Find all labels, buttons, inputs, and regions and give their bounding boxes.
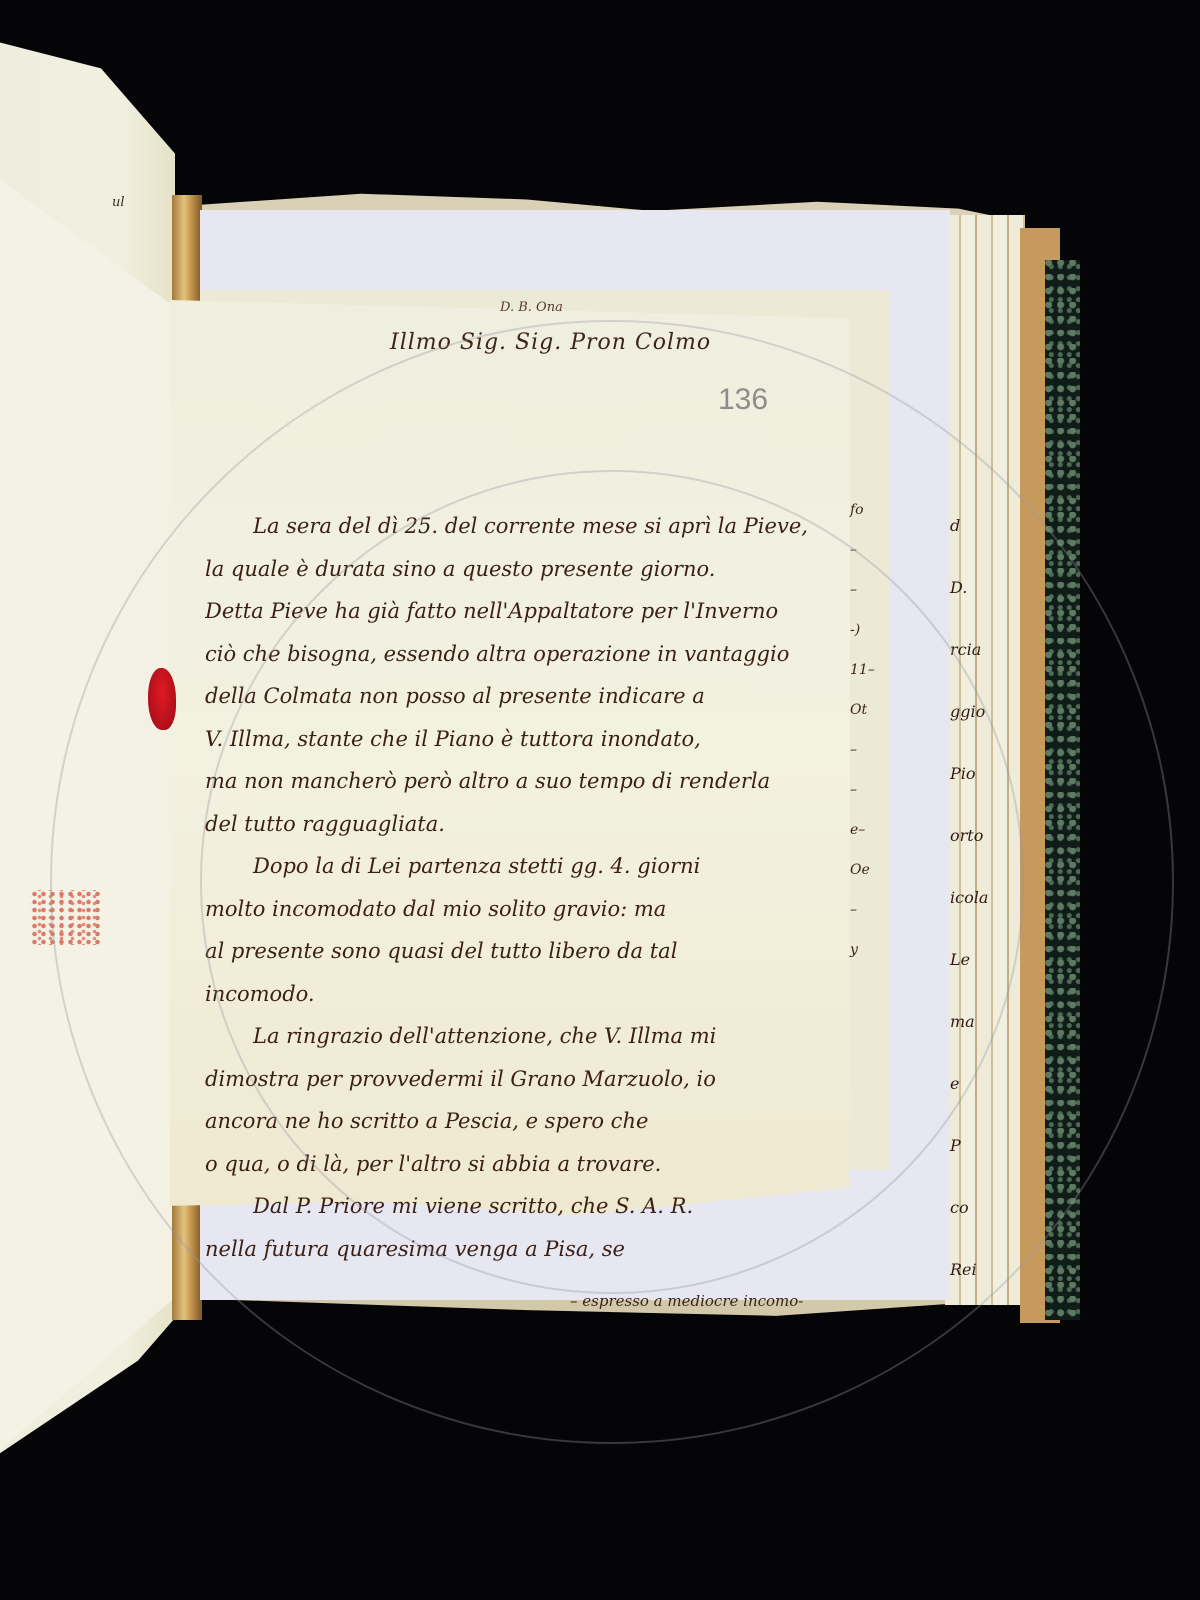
margin-fragment: Ot (850, 690, 880, 730)
right-fragment: rcia (950, 619, 1010, 681)
margin-fragment: – (850, 890, 880, 930)
body-line: dimostra per provvedermi il Grano Marzuo… (205, 1058, 845, 1101)
margin-fragment: y (850, 930, 880, 970)
body-line: molto incomodato dal mio solito gravio: … (205, 888, 845, 931)
folio-number: 136 (718, 383, 768, 417)
body-line: ma non mancherò però altro a suo tempo d… (205, 760, 845, 803)
margin-fragment: fo (850, 490, 880, 530)
margin-fragment: 11– (850, 650, 880, 690)
right-fragment: P (950, 1115, 1010, 1177)
red-ink-speckles (30, 890, 100, 945)
margin-fragment: – (850, 570, 880, 610)
bottom-fragment: – espresso a mediocre incomo- (570, 1292, 803, 1310)
letter-body: La sera del dì 25. del corrente mese si … (205, 505, 845, 1270)
left-page-marks: ul (112, 195, 125, 210)
body-line: Detta Pieve ha già fatto nell'Appaltator… (205, 590, 845, 633)
left-page-fold (0, 180, 175, 1450)
body-line: La ringrazio dell'attenzione, che V. Ill… (205, 1015, 845, 1058)
body-line: V. Illma, stante che il Piano è tuttora … (205, 718, 845, 761)
right-fragment: e (950, 1053, 1010, 1115)
margin-fragment: -) (850, 610, 880, 650)
body-line: del tutto ragguagliata. (205, 803, 845, 846)
right-fragment: ggio (950, 681, 1010, 743)
body-line: o qua, o di là, per l'altro si abbia a t… (205, 1143, 845, 1186)
body-line: ancora ne ho scritto a Pescia, e spero c… (205, 1100, 845, 1143)
body-line: la quale è durata sino a questo presente… (205, 548, 845, 591)
margin-fragments: fo – – -) 11– Ot – – e– Oe – y (850, 490, 880, 970)
body-line: incomodo. (205, 973, 845, 1016)
right-fragment: Rei (950, 1239, 1010, 1301)
margin-fragment: e– (850, 810, 880, 850)
margin-fragment: – (850, 770, 880, 810)
body-line: nella futura quaresima venga a Pisa, se (205, 1228, 845, 1271)
body-line: La sera del dì 25. del corrente mese si … (205, 505, 845, 548)
margin-fragment: Oe (850, 850, 880, 890)
right-fragment: Pio (950, 743, 1010, 805)
header-scrawl: D. B. Ona (500, 300, 563, 315)
right-fragment: d (950, 495, 1010, 557)
right-page-fragments: d D. rcia ggio Pio orto icola Le ma e P … (950, 495, 1010, 1301)
manuscript-photo: ul D. B. Ona Illmo Sig. Sig. Pron Colmo … (0, 0, 1200, 1600)
right-fragment: icola (950, 867, 1010, 929)
right-fragment: ma (950, 991, 1010, 1053)
body-line: della Colmata non posso al presente indi… (205, 675, 845, 718)
right-fragment: Le (950, 929, 1010, 991)
salutation: Illmo Sig. Sig. Pron Colmo (390, 330, 711, 355)
right-fragment: D. (950, 557, 1010, 619)
margin-fragment: – (850, 530, 880, 570)
right-fragment: orto (950, 805, 1010, 867)
marbled-cover (1045, 260, 1080, 1320)
right-fragment: co (950, 1177, 1010, 1239)
body-line: Dopo la di Lei partenza stetti gg. 4. gi… (205, 845, 845, 888)
body-line: al presente sono quasi del tutto libero … (205, 930, 845, 973)
margin-fragment: – (850, 730, 880, 770)
body-line: ciò che bisogna, essendo altra operazion… (205, 633, 845, 676)
wax-seal-icon (148, 668, 176, 730)
body-line: Dal P. Priore mi viene scritto, che S. A… (205, 1185, 845, 1228)
